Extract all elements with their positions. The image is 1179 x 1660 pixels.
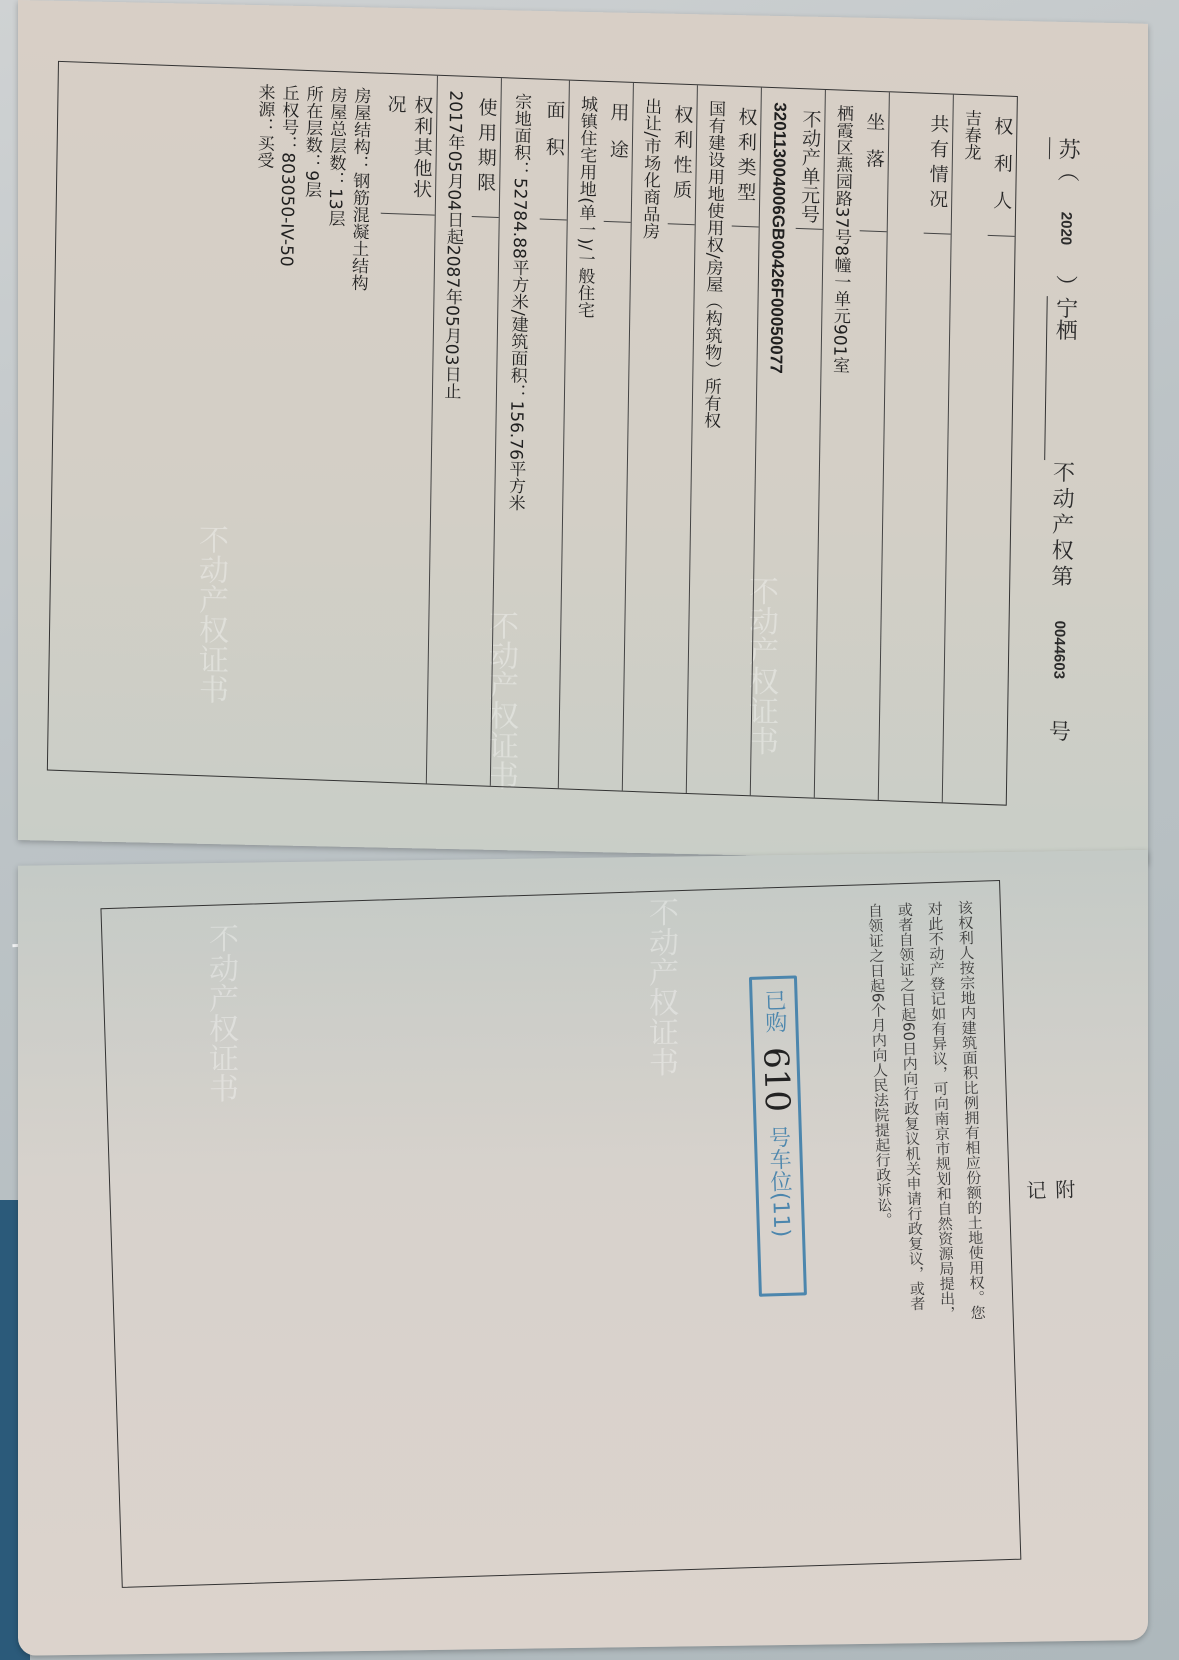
row-label: 面 积 xyxy=(540,80,569,221)
row-area: 面 积 宗地面积：52784.88平方米/建筑面积：156.76平方米 xyxy=(490,78,569,788)
paren-close: ） xyxy=(1049,275,1080,298)
certificate-year: 2020 xyxy=(1057,211,1075,245)
row-right-type: 权利类型 国有建设用地使用权/房屋（构筑物）所有权 xyxy=(686,85,761,795)
row-unit-number: 不动产单元号 320113004006GB00426F00050077 xyxy=(750,88,825,798)
certificate-header: 苏 （ 2020 ） 宁栖 不动产权第 0044603 号 xyxy=(1027,137,1098,819)
cert-number: 0044603 xyxy=(1050,621,1068,680)
other-rights-line: 房屋结构：钢筋混凝土结构 xyxy=(346,86,373,291)
certificate-register-page: 不动产权证书 不动产权证书 不动产权证书 苏 （ 2020 ） 宁栖 不动产权第… xyxy=(18,0,1148,864)
province-code: 苏 xyxy=(1049,137,1085,160)
row-term: 使用期限 2017年05月04日起2087年05月03日止 xyxy=(426,76,501,786)
row-value: 房屋结构：钢筋混凝土结构 房屋总层数：13层 所在层数：9层 丘权号：80305… xyxy=(48,62,383,782)
row-label: 权 利 人 xyxy=(988,96,1017,237)
other-rights-line: 房屋总层数：13层 xyxy=(322,86,349,291)
handwritten-number: 610 xyxy=(755,1047,797,1113)
other-rights-list: 房屋结构：钢筋混凝土结构 房屋总层数：13层 所在层数：9层 丘权号：80305… xyxy=(250,83,373,291)
row-label: 权利其他状况 xyxy=(381,74,437,216)
stamp-prefix: 已购 xyxy=(758,989,790,1034)
stamp-suffix: 号车位(11) xyxy=(762,1126,796,1238)
other-rights-line: 所在层数：9层 xyxy=(298,85,325,290)
row-usage: 用 途 城镇住宅用地(单一)/一般住宅 xyxy=(558,81,633,791)
row-label: 坐 落 xyxy=(860,91,889,232)
notes-text: 该权利人按宗地内建筑面积比例拥有相应份额的土地使用权。您对此不动产登记如有异议，… xyxy=(860,900,993,1324)
notes-box: 附 记 该权利人按宗地内建筑面积比例拥有相应份额的土地使用权。您对此不动产登记如… xyxy=(100,880,1021,1588)
row-right-nature: 权利性质 出让/市场化商品房 xyxy=(622,83,697,793)
row-label: 权利类型 xyxy=(732,87,761,228)
row-right-holder: 权 利 人 吉春龙 xyxy=(942,95,1017,805)
paren-open: （ xyxy=(1051,159,1082,182)
other-rights-line: 丘权号：803050-IV-50 xyxy=(274,84,301,289)
row-label: 用 途 xyxy=(604,82,633,223)
cert-suffix: 号 xyxy=(1042,719,1073,742)
parking-stamp: 已购 610 号车位(11) xyxy=(749,975,807,1296)
row-co-ownership: 共有情况 xyxy=(878,92,953,802)
row-label: 权利性质 xyxy=(668,84,697,225)
row-label: 不动产单元号 xyxy=(796,89,825,230)
region-code: 宁栖 xyxy=(1044,296,1083,461)
row-value: 宗地面积：52784.88平方米/建筑面积：156.76平方米 xyxy=(491,78,542,787)
register-section: 苏 （ 2020 ） 宁栖 不动产权第 0044603 号 权 利 人 吉春龙 … xyxy=(47,61,1058,807)
register-table: 权 利 人 吉春龙 共有情况 坐 落 栖霞区燕园路37号8幢一单元901室 不动… xyxy=(47,61,1018,806)
row-label: 使用期限 xyxy=(472,77,501,218)
other-rights-line: 来源：买受 xyxy=(250,83,277,288)
notes-title: 附 记 xyxy=(1020,1179,1090,1559)
cert-label: 不动产权第 xyxy=(1045,460,1078,591)
row-location: 坐 落 栖霞区燕园路37号8幢一单元901室 xyxy=(814,90,889,800)
row-other-rights: 权利其他状况 房屋结构：钢筋混凝土结构 房屋总层数：13层 所在层数：9层 丘权… xyxy=(48,62,437,784)
row-label: 共有情况 xyxy=(924,94,953,235)
